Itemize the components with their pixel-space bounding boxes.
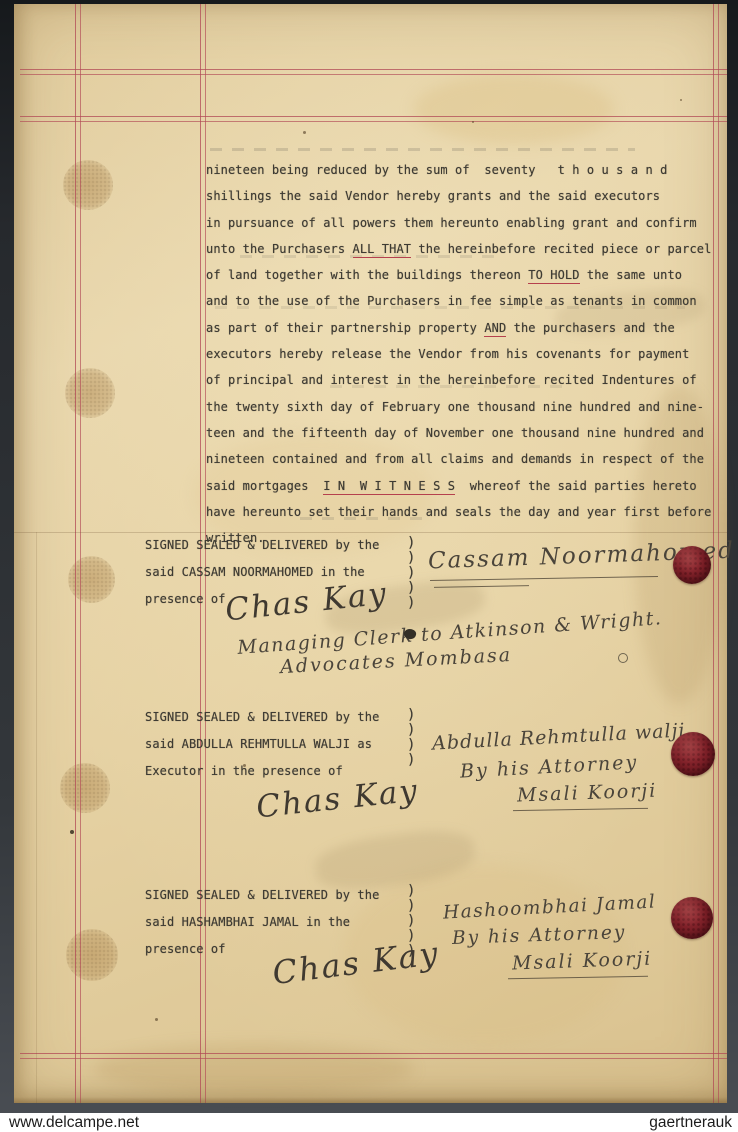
- body-line: nineteen being reduced by the sum of sev…: [206, 157, 718, 183]
- body-line: as part of their partnership property AN…: [206, 315, 718, 341]
- body-segment: nineteen contained and from all claims a…: [206, 452, 704, 466]
- watermark-bar: www.delcampe.net gaertnerauk: [0, 1113, 738, 1132]
- under-sheet-edge: [36, 532, 37, 1103]
- body-segment: the purchasers and the: [506, 321, 674, 335]
- body-segment: the twenty sixth day of February one tho…: [206, 400, 704, 414]
- paper-speck: [680, 99, 682, 101]
- wax-seal: [671, 732, 715, 776]
- seal-bleed-stain: [66, 929, 118, 981]
- underlined-phrase: I N W I T N E S S: [323, 479, 455, 495]
- body-segment: nineteen being reduced by the sum of sev…: [206, 163, 667, 177]
- attestation-line: SIGNED SEALED & DELIVERED by the: [145, 538, 379, 552]
- ring-mark: [618, 653, 628, 663]
- vertical-margin-rule-left: [75, 4, 81, 1103]
- paper-age-blotch: [94, 1044, 414, 1094]
- wax-seal: [671, 897, 713, 939]
- attestation-line: said CASSAM NOORMAHOMED in the: [145, 565, 365, 579]
- attestation-line: SIGNED SEALED & DELIVERED by the: [145, 888, 379, 902]
- paper-speck: [557, 455, 559, 457]
- attestation-line: presence of: [145, 942, 226, 956]
- seal-bleed-stain: [65, 368, 115, 418]
- body-line: said mortgages I N W I T N E S S whereof…: [206, 473, 718, 499]
- body-segment: as part of their partnership property: [206, 321, 484, 335]
- body-text: nineteen being reduced by the sum of sev…: [206, 157, 718, 551]
- body-segment: shillings the said Vendor hereby grants …: [206, 189, 660, 203]
- horizontal-rule-top-1: [20, 69, 727, 75]
- attestation-line: SIGNED SEALED & DELIVERED by the: [145, 710, 379, 724]
- body-line: of principal and interest in the hereinb…: [206, 367, 718, 393]
- body-line: shillings the said Vendor hereby grants …: [206, 183, 718, 209]
- body-line: nineteen contained and from all claims a…: [206, 446, 718, 472]
- body-segment: said mortgages: [206, 479, 323, 493]
- seal-bleed-stain: [60, 763, 110, 813]
- paper-speck: [155, 1018, 158, 1021]
- paper-speck: [303, 131, 306, 134]
- paper-speck: [70, 830, 74, 834]
- ink-bleed-ghost: [210, 148, 635, 151]
- scanned-deed-page: nineteen being reduced by the sum of sev…: [0, 0, 738, 1132]
- body-segment: of land together with the buildings ther…: [206, 268, 528, 282]
- body-line: unto the Purchasers ALL THAT the hereinb…: [206, 236, 718, 262]
- body-line: of land together with the buildings ther…: [206, 262, 718, 288]
- watermark-right: gaertnerauk: [649, 1113, 732, 1132]
- body-segment: unto the Purchasers: [206, 242, 353, 256]
- paper-age-blotch: [414, 74, 614, 144]
- body-segment: in pursuance of all powers them hereunto…: [206, 216, 697, 230]
- paper-speck: [243, 764, 246, 767]
- watermark-left: www.delcampe.net: [9, 1113, 139, 1132]
- underlined-phrase: AND: [484, 321, 506, 337]
- body-segment: executors hereby release the Vendor from…: [206, 347, 689, 361]
- seal-bleed-stain: [63, 160, 113, 210]
- body-segment: the hereinbefore recited piece or parcel: [411, 242, 711, 256]
- body-line: and to the use of the Purchasers in fee …: [206, 288, 718, 314]
- underlined-phrase: TO HOLD: [528, 268, 579, 284]
- underlined-phrase: ALL THAT: [353, 242, 412, 258]
- body-segment: teen and the fifteenth day of November o…: [206, 426, 704, 440]
- body-segment: whereof the said parties hereto: [455, 479, 697, 493]
- body-line: teen and the fifteenth day of November o…: [206, 420, 718, 446]
- wax-seal: [673, 546, 711, 584]
- body-segment: the same unto: [580, 268, 683, 282]
- attestation-line: presence of: [145, 592, 226, 606]
- paper-speck: [472, 121, 474, 123]
- attestation-line: said HASHAMBHAI JAMAL in the: [145, 915, 350, 929]
- body-segment: have hereunto set their hands and seals …: [206, 505, 711, 519]
- body-segment: of principal and interest in the hereinb…: [206, 373, 697, 387]
- brace-column: ) ) ) ) ): [407, 536, 415, 611]
- horizontal-rule-top-2: [20, 116, 727, 122]
- body-line: have hereunto set their hands and seals …: [206, 499, 718, 525]
- body-line: executors hereby release the Vendor from…: [206, 341, 718, 367]
- body-line: the twenty sixth day of February one tho…: [206, 394, 718, 420]
- body-line: in pursuance of all powers them hereunto…: [206, 210, 718, 236]
- horizontal-rule-bottom: [20, 1053, 727, 1059]
- attestation-line: said ABDULLA REHMTULLA WALJI as: [145, 737, 372, 751]
- body-segment: and to the use of the Purchasers in fee …: [206, 294, 697, 308]
- paper-bottom-edge: [14, 1097, 727, 1103]
- brace-column: ) ) ) ): [407, 708, 415, 768]
